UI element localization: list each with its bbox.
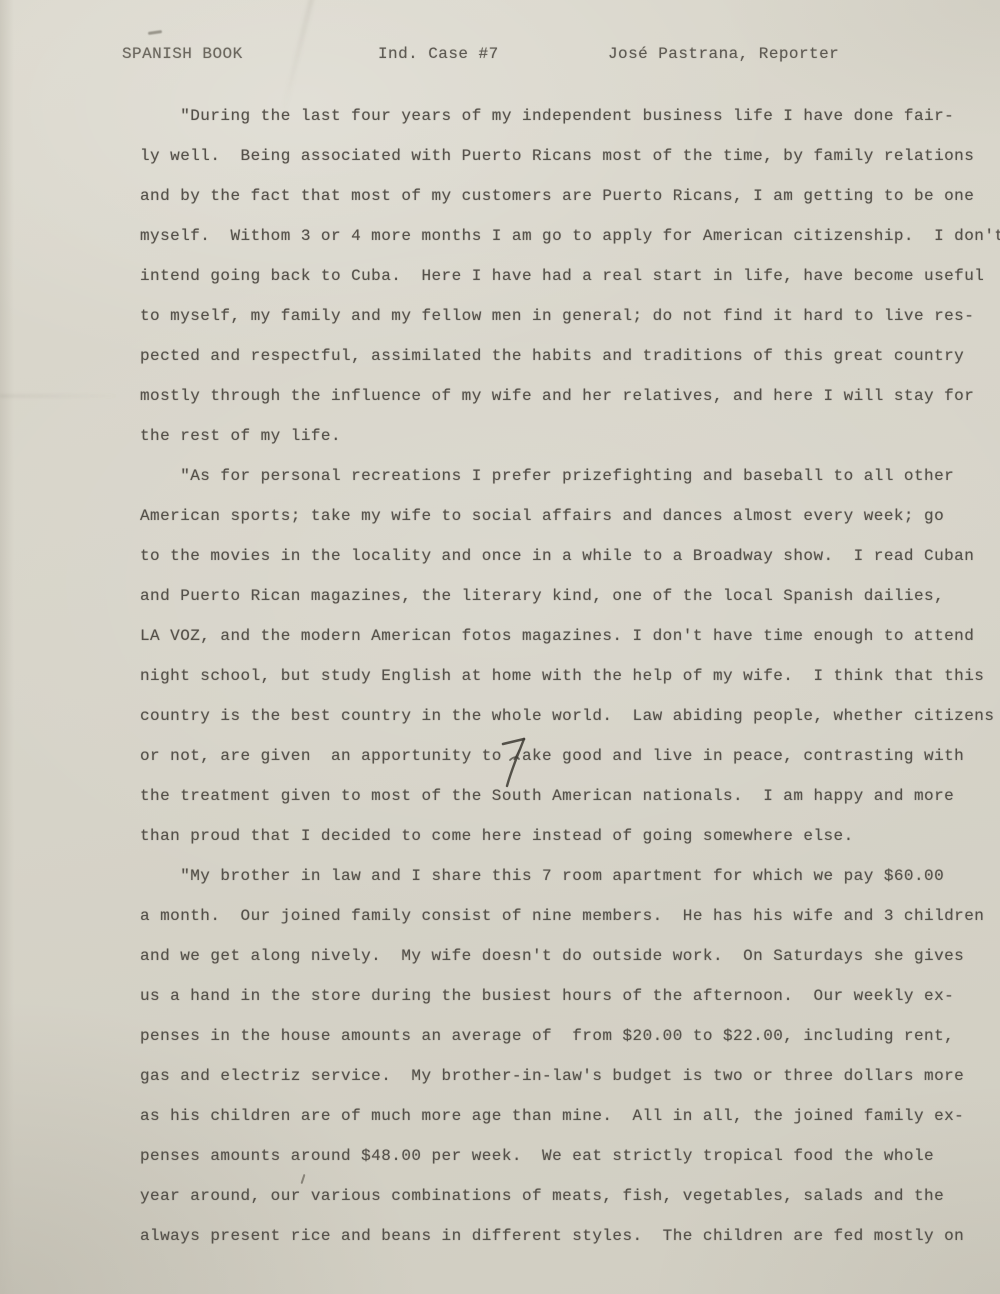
text-line: penses in the house amounts an average o… bbox=[140, 1016, 990, 1056]
paragraph: "My brother in law and I share this 7 ro… bbox=[140, 856, 990, 1256]
text-line: ly well. Being associated with Puerto Ri… bbox=[140, 136, 990, 176]
text-line: "My brother in law and I share this 7 ro… bbox=[140, 856, 990, 896]
text-line: penses amounts around $48.00 per week. W… bbox=[140, 1136, 990, 1176]
scanned-typewritten-page: SPANISH BOOK Ind. Case #7 José Pastrana,… bbox=[0, 0, 1000, 1294]
text-line: pected and respectful, assimilated the h… bbox=[140, 336, 990, 376]
paragraph: "As for personal recreations I prefer pr… bbox=[140, 456, 990, 856]
text-line: us a hand in the store during the busies… bbox=[140, 976, 990, 1016]
text-line: country is the best country in the whole… bbox=[140, 696, 990, 736]
text-line: to the movies in the locality and once i… bbox=[140, 536, 990, 576]
text-line: LA VOZ, and the modern American fotos ma… bbox=[140, 616, 990, 656]
text-line: "During the last four years of my indepe… bbox=[140, 96, 990, 136]
text-line: and we get along nively. My wife doesn't… bbox=[140, 936, 990, 976]
text-line: and by the fact that most of my customer… bbox=[140, 176, 990, 216]
document-body: "During the last four years of my indepe… bbox=[140, 96, 990, 1256]
text-line: gas and electriz service. My brother-in-… bbox=[140, 1056, 990, 1096]
text-line: intend going back to Cuba. Here I have h… bbox=[140, 256, 990, 296]
header-reporter-name: José Pastrana, Reporter bbox=[608, 44, 839, 64]
text-line: myself. Withom 3 or 4 more months I am g… bbox=[140, 216, 990, 256]
paper-crease bbox=[0, 395, 120, 397]
text-line: to myself, my family and my fellow men i… bbox=[140, 296, 990, 336]
paragraph: "During the last four years of my indepe… bbox=[140, 96, 990, 456]
text-line: and Puerto Rican magazines, the literary… bbox=[140, 576, 990, 616]
text-line: night school, but study English at home … bbox=[140, 656, 990, 696]
page-edge-shading bbox=[0, 0, 14, 1294]
header-case-number: Ind. Case #7 bbox=[378, 44, 499, 64]
header-book-title: SPANISH BOOK bbox=[122, 44, 243, 64]
text-line: mostly through the influence of my wife … bbox=[140, 376, 990, 416]
text-line: a month. Our joined family consist of ni… bbox=[140, 896, 990, 936]
text-line: the rest of my life. bbox=[140, 416, 990, 456]
text-line: year around, our various combinations of… bbox=[140, 1176, 990, 1216]
text-line: the treatment given to most of the South… bbox=[140, 776, 990, 816]
text-line: always present rice and beans in differe… bbox=[140, 1216, 990, 1256]
text-line: American sports; take my wife to social … bbox=[140, 496, 990, 536]
text-line: as his children are of much more age tha… bbox=[140, 1096, 990, 1136]
text-line: than proud that I decided to come here i… bbox=[140, 816, 990, 856]
text-line: or not, are given an apportunity to ∕ake… bbox=[140, 736, 990, 776]
text-line: "As for personal recreations I prefer pr… bbox=[140, 456, 990, 496]
stray-dash-mark bbox=[148, 30, 162, 35]
handwritten-correction-slash bbox=[498, 736, 530, 790]
